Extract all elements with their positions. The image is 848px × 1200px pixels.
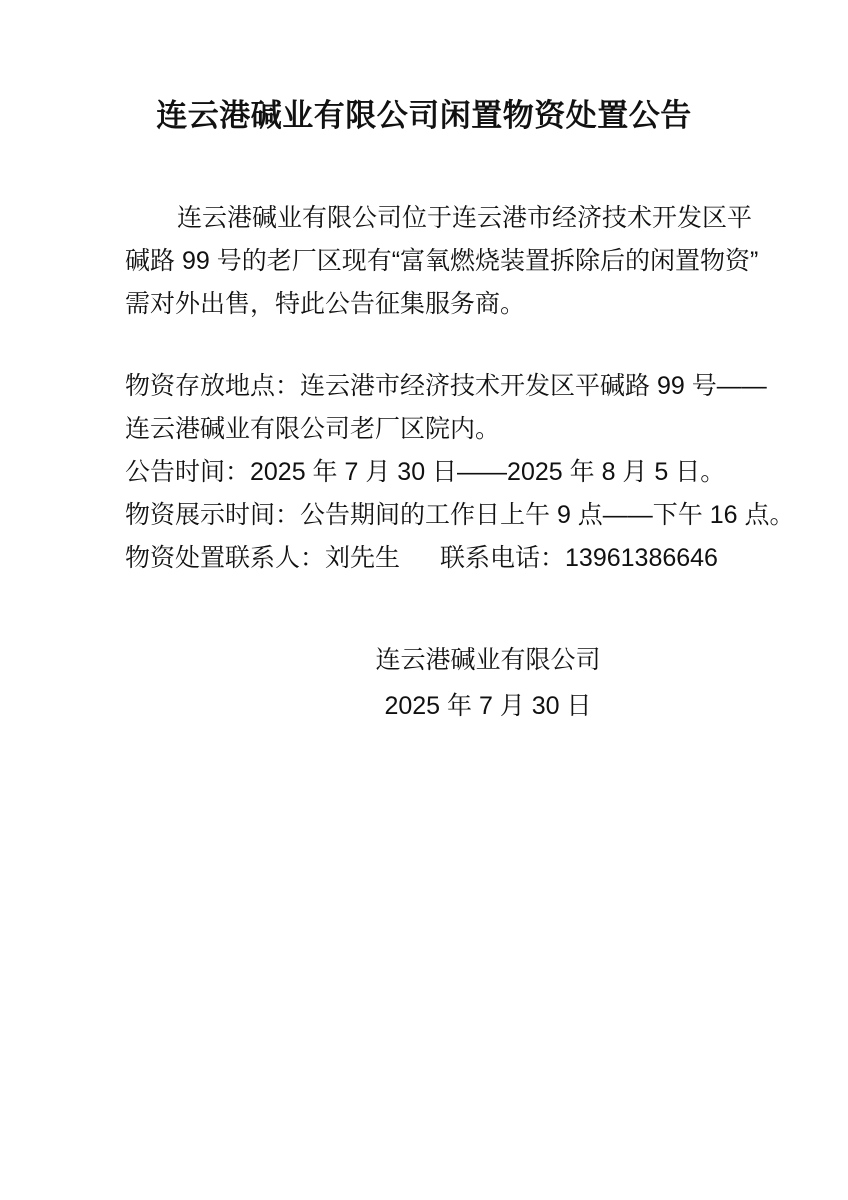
announcement-period-line: 公告时间：2025 年 7 月 30 日——2025 年 8 月 5 日。 — [125, 451, 738, 494]
document-title: 连云港碱业有限公司闲置物资处置公告 — [0, 0, 848, 137]
document-body: 连云港碱业有限公司位于连云港市经济技术开发区平 碱路 99 号的老厂区现有“富氧… — [125, 197, 738, 729]
contact-phone: 联系电话：13961386646 — [440, 544, 718, 572]
display-time-line: 物资展示时间：公告期间的工作日上午 9 点——下午 16 点。 — [125, 494, 738, 537]
intro-line-2: 碱路 99 号的老厂区现有“富氧燃烧装置拆除后的闲置物资” — [125, 240, 738, 283]
contact-person: 物资处置联系人：刘先生 — [125, 544, 400, 572]
details-block: 物资存放地点：连云港市经济技术开发区平碱路 99 号—— 连云港碱业有限公司老厂… — [125, 365, 738, 580]
storage-location-line-2: 连云港碱业有限公司老厂区院内。 — [125, 408, 738, 451]
intro-paragraph: 连云港碱业有限公司位于连云港市经济技术开发区平 碱路 99 号的老厂区现有“富氧… — [125, 197, 738, 326]
signature-date: 2025 年 7 月 30 日 — [338, 683, 638, 729]
signature-company: 连云港碱业有限公司 — [338, 637, 638, 683]
contact-line: 物资处置联系人：刘先生联系电话：13961386646 — [125, 537, 738, 580]
intro-line-3: 需对外出售，特此公告征集服务商。 — [125, 283, 738, 326]
signature-block: 连云港碱业有限公司 2025 年 7 月 30 日 — [338, 637, 638, 729]
storage-location-line-1: 物资存放地点：连云港市经济技术开发区平碱路 99 号—— — [125, 365, 738, 408]
document-page: 连云港碱业有限公司闲置物资处置公告 连云港碱业有限公司位于连云港市经济技术开发区… — [0, 0, 848, 1200]
intro-line-1: 连云港碱业有限公司位于连云港市经济技术开发区平 — [125, 197, 738, 240]
